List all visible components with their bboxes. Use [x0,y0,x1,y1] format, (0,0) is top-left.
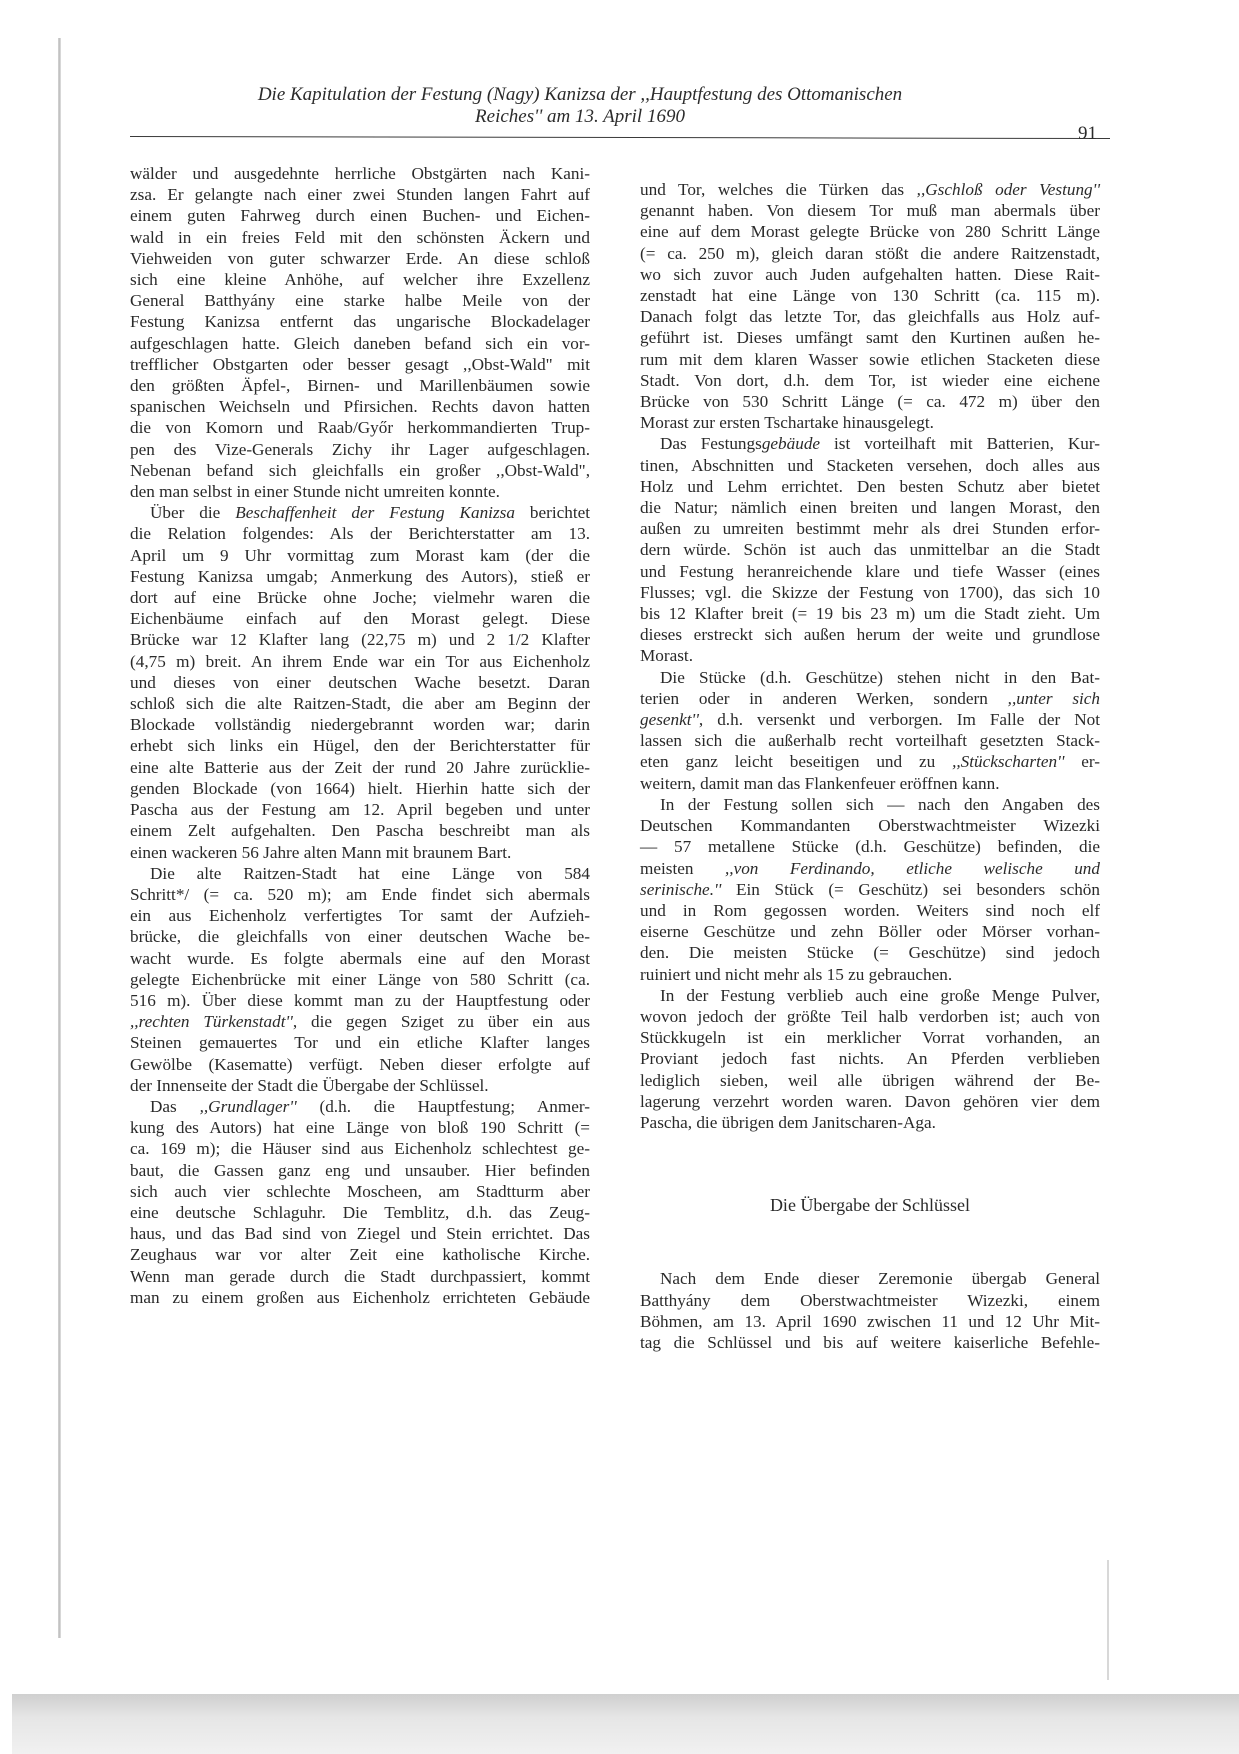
text-line: pen des Vize-Generals Zichy ihr Lager au… [130,439,590,460]
text-line: lediglich sieben, weil alle übrigen währ… [640,1070,1100,1091]
text-line: zsa. Er gelangte nach einer zwei Stunden… [130,184,590,205]
text-line: eiserne Geschütze und zehn Böller oder M… [640,921,1100,942]
text-line: terien oder in anderen Werken, sondern ,… [640,688,1100,709]
text-line: gesenkt'', d.h. versenkt und verborgen. … [640,709,1100,730]
text-line: spanischen Weichseln und Pfirsichen. Rec… [130,396,590,417]
text-line: Böhmen, am 13. April 1690 zwischen 11 un… [640,1311,1100,1332]
text-line: lagerung verzehrt worden waren. Davon ge… [640,1091,1100,1112]
text-line: die Natur; nämlich einen breiten und lan… [640,497,1100,518]
text-line: Eichenbäume einfach auf den Morast geleg… [130,608,590,629]
text-line: eine auf dem Morast gelegte Brücke von 2… [640,221,1100,242]
text-line: bis 12 Klafter breit (= 19 bis 23 m) um … [640,603,1100,624]
text-line: schloß sich die alte Raitzen-Stadt, die … [130,693,590,714]
text-line: aufgeschlagen hatte. Gleich daneben befa… [130,333,590,354]
scan-gutter-shadow [58,38,61,1638]
right-column: und Tor, welches die Türken das ,,Gschlo… [640,179,1100,1353]
text-line: genden Blockade (von 1664) hielt. Hierhi… [130,778,590,799]
text-line: wacht wurde. Es folgte abermals eine auf… [130,948,590,969]
text-line: Flusses; vgl. die Skizze der Festung von… [640,582,1100,603]
text-line: Stadt. Von dort, d.h. dem Tor, ist wiede… [640,370,1100,391]
text-line: General Batthyány eine starke halbe Meil… [130,290,590,311]
section-body: Nach dem Ende dieser Zeremonie übergab G… [640,1268,1100,1353]
text-line: den. Die meisten Stücke (= Geschütze) si… [640,942,1100,963]
text-line: ruiniert und nicht mehr als 15 zu gebrau… [640,964,1100,985]
text-line: einem Zelt aufgehalten. Den Pascha besch… [130,820,590,841]
text-line: genannt haben. Von diesem Tor muß man ab… [640,200,1100,221]
text-line: Schritt*/ (= ca. 520 m); am Ende findet … [130,884,590,905]
text-line: Zeughaus war vor alter Zeit eine katholi… [130,1244,590,1265]
text-line: rum mit dem klaren Wasser sowie etlichen… [640,349,1100,370]
text-line: außen zu umreiten bestimmt mehr als drei… [640,518,1100,539]
text-line: (= ca. 250 m), gleich daran stößt die an… [640,243,1100,264]
text-line: serinische.'' Ein Stück (= Geschütz) sei… [640,879,1100,900]
text-line: wald in ein freies Feld mit den schönste… [130,227,590,248]
text-line: 516 m). Über diese kommt man zu der Haup… [130,990,590,1011]
text-line: den man selbst in einer Stunde nicht umr… [130,481,590,502]
text-line: lassen sich die außerhalb recht vorteilh… [640,730,1100,751]
text-line: Holz und Lehm errichtet. Den besten Schu… [640,476,1100,497]
scan-bottom-shadow [12,1694,1239,1754]
paragraph: Nach dem Ende dieser Zeremonie übergab G… [640,1268,1100,1353]
text-line: Nach dem Ende dieser Zeremonie übergab G… [640,1268,1100,1289]
text-line: der Innenseite der Stadt die Übergabe de… [130,1075,590,1096]
paragraph: Die Stücke (d.h. Geschütze) stehen nicht… [640,667,1100,794]
paragraph: und Tor, welches die Türken das ,,Gschlo… [640,179,1100,433]
text-line: In der Festung sollen sich — nach den An… [640,794,1100,815]
text-line: man zu einem großen aus Eichenholz erric… [130,1287,590,1308]
text-line: brücke, die gleichfalls von einer deutsc… [130,926,590,947]
text-line: Pascha aus der Festung am 12. April bege… [130,799,590,820]
text-line: (4,75 m) breit. An ihrem Ende war ein To… [130,651,590,672]
text-line: Nebenan befand sich gleichfalls ein groß… [130,460,590,481]
text-line: Stückkugeln ist ein merklicher Vorrat vo… [640,1027,1100,1048]
text-line: Die alte Raitzen-Stadt hat eine Länge vo… [130,863,590,884]
paragraph: Das Festungsgebäude ist vorteilhaft mit … [640,433,1100,666]
text-line: Festung Kanizsa entfernt das ungarische … [130,311,590,332]
text-line: Danach folgt das letzte Tor, das gleichf… [640,306,1100,327]
text-line: Über die Beschaffenheit der Festung Kani… [130,502,590,523]
text-line: Batthyány dem Oberstwachtmeister Wizezki… [640,1290,1100,1311]
text-line: tinen, Abschnitten und Stacketen versehe… [640,455,1100,476]
paragraph: Die alte Raitzen-Stadt hat eine Länge vo… [130,863,590,1096]
running-head-line-1: Die Kapitulation der Festung (Nagy) Kani… [130,84,1030,106]
running-head-line-2: Reiches'' am 13. April 1690 [130,106,1030,128]
text-line: Brücke war 12 Klafter lang (22,75 m) und… [130,629,590,650]
paragraph: In der Festung verblieb auch eine große … [640,985,1100,1133]
running-head: Die Kapitulation der Festung (Nagy) Kani… [130,84,1030,128]
text-line: Steinen gemauertes Tor und ein etliche K… [130,1032,590,1053]
paragraph: Über die Beschaffenheit der Festung Kani… [130,502,590,862]
text-line: kung des Autors) hat eine Länge von bloß… [130,1117,590,1138]
text-line: Brücke von 530 Schritt Länge (= ca. 472 … [640,391,1100,412]
text-line: Gewölbe (Kasematte) verfügt. Neben diese… [130,1054,590,1075]
text-line: In der Festung verblieb auch eine große … [640,985,1100,1006]
text-line: wo sich zuvor auch Juden aufgehalten hat… [640,264,1100,285]
text-line: und Tor, welches die Türken das ,,Gschlo… [640,179,1100,200]
page-number: 91 [1078,123,1097,145]
text-line: Morast. [640,645,1100,666]
text-line: einem guten Fahrweg durch einen Buchen- … [130,205,590,226]
text-line: ein aus Eichenholz verfertigtes Tor samt… [130,905,590,926]
text-line: April um 9 Uhr vormittag zum Morast kam … [130,545,590,566]
text-line: eine deutsche Schlaguhr. Die Temblitz, d… [130,1202,590,1223]
text-line: Festung Kanizsa umgab; Anmerkung des Aut… [130,566,590,587]
text-line: tag die Schlüssel und bis auf weitere ka… [640,1332,1100,1353]
text-line: haus, und das Bad sind von Ziegel und St… [130,1223,590,1244]
text-line: Deutschen Kommandanten Oberstwachtmeiste… [640,815,1100,836]
text-line: Die Stücke (d.h. Geschütze) stehen nicht… [640,667,1100,688]
text-line: dort auf eine Brücke ohne Joche; vielmeh… [130,587,590,608]
paragraph: wälder und ausgedehnte herrliche Obstgär… [130,163,590,502]
text-line: Morast zur ersten Tschartake hinausgeleg… [640,412,1100,433]
text-line: Proviant jedoch fast nichts. An Pferden … [640,1048,1100,1069]
text-line: dern würde. Schön ist auch das unmittelb… [640,539,1100,560]
text-line: sich auch vier schlechte Moscheen, am St… [130,1181,590,1202]
text-line: und Festung heranreichende klare und tie… [640,561,1100,582]
text-line: und in Rom gegossen worden. Weiters sind… [640,900,1100,921]
text-line: ,,rechten Türkenstadt'', die gegen Szige… [130,1011,590,1032]
text-line: erhebt sich links ein Hügel, den der Ber… [130,735,590,756]
paragraph: Das ,,Grundlager'' (d.h. die Hauptfestun… [130,1096,590,1308]
section-heading: Die Übergabe der Schlüssel [640,1195,1100,1216]
text-line: Blockade vollständig niedergebrannt word… [130,714,590,735]
text-line: wälder und ausgedehnte herrliche Obstgär… [130,163,590,184]
text-line: den größten Äpfel-, Birnen- und Marillen… [130,375,590,396]
text-line: Das ,,Grundlager'' (d.h. die Hauptfestun… [130,1096,590,1117]
scan-right-edge [1107,1560,1109,1680]
text-line: trefflicher Obstgarten oder besser gesag… [130,354,590,375]
left-column: wälder und ausgedehnte herrliche Obstgär… [130,163,590,1308]
text-line: eine alte Batterie aus der Zeit der rund… [130,757,590,778]
text-line: die Relation folgendes: Als der Berichte… [130,523,590,544]
text-line: baut, die Gassen ganz eng und unsauber. … [130,1160,590,1181]
text-line: wovon jedoch der größte Teil halb verdor… [640,1006,1100,1027]
text-line: geführt ist. Dieses umfängt samt den Kur… [640,327,1100,348]
text-line: sich eine kleine Anhöhe, auf welcher ihr… [130,269,590,290]
paragraph: In der Festung sollen sich — nach den An… [640,794,1100,985]
text-line: meisten ,,von Ferdinando, etliche welisc… [640,858,1100,879]
right-column-body: und Tor, welches die Türken das ,,Gschlo… [640,179,1100,1133]
text-line: zenstadt hat eine Länge von 130 Schritt … [640,285,1100,306]
text-line: Wenn man gerade durch die Stadt durchpas… [130,1266,590,1287]
text-line: weitern, damit man das Flankenfeuer eröf… [640,773,1100,794]
text-line: Viehweiden von guter schwarzer Erde. An … [130,248,590,269]
text-line: einen wackeren 56 Jahre alten Mann mit b… [130,842,590,863]
text-line: ca. 169 m); die Häuser sind aus Eichenho… [130,1138,590,1159]
text-line: dieses erstreckt sich außen herum der we… [640,624,1100,645]
text-line: eten ganz leicht beseitigen und zu ,,Stü… [640,751,1100,772]
text-line: — 57 metallene Stücke (d.h. Geschütze) b… [640,836,1100,857]
text-line: gelegte Eichenbrücke mit einer Länge von… [130,969,590,990]
text-line: Das Festungsgebäude ist vorteilhaft mit … [640,433,1100,454]
text-line: Pascha, die übrigen dem Janitscharen-Aga… [640,1112,1100,1133]
header-rule [130,136,1110,139]
text-line: die von Komorn und Raab/Győr herkommandi… [130,417,590,438]
text-line: und dieses von einer deutschen Wache bes… [130,672,590,693]
